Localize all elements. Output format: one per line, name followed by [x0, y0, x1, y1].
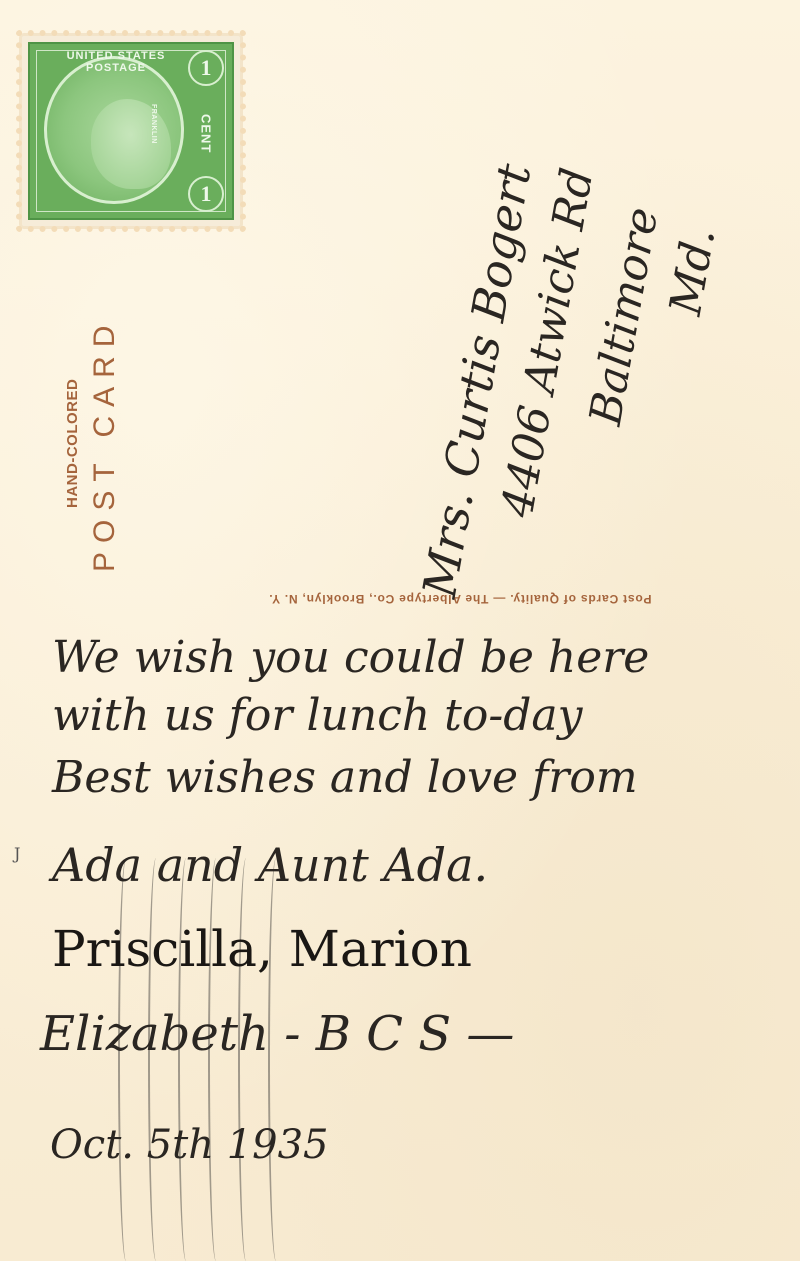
stamp-frame: UNITED STATES POSTAGE FRANKLIN 1 CENT 1	[28, 42, 234, 220]
message-line: Priscilla, Marion	[52, 920, 472, 978]
franklin-portrait-icon	[91, 99, 171, 189]
stamp-portrait-label: FRANKLIN	[150, 104, 157, 144]
message-line: Best wishes and love from	[52, 752, 638, 803]
stamp-top-text: UNITED STATES POSTAGE	[46, 50, 186, 74]
message-line: with us for lunch to-day	[52, 690, 582, 741]
stamp-portrait-oval	[44, 56, 184, 204]
post-card-label: POST CARD	[88, 317, 122, 572]
postcard-back: UNITED STATES POSTAGE FRANKLIN 1 CENT 1 …	[0, 0, 800, 1261]
address-line-state: Md.	[660, 224, 725, 319]
address-line-city: Baltimore	[580, 204, 668, 429]
stamp-denomination-top: 1	[188, 50, 224, 86]
stamp-denomination-bottom: 1	[188, 176, 224, 212]
message-line: We wish you could be here	[52, 632, 649, 683]
message-date: Oct. 5th 1935	[50, 1122, 329, 1168]
postage-stamp: UNITED STATES POSTAGE FRANKLIN 1 CENT 1	[22, 36, 240, 226]
margin-mark: J	[14, 844, 20, 863]
hand-colored-label: HAND-COLORED	[64, 379, 81, 508]
message-line: Ada and Aunt Ada.	[52, 838, 488, 892]
stamp-denomination-word: CENT	[194, 104, 218, 164]
message-line: Elizabeth - B C S —	[40, 1006, 514, 1062]
